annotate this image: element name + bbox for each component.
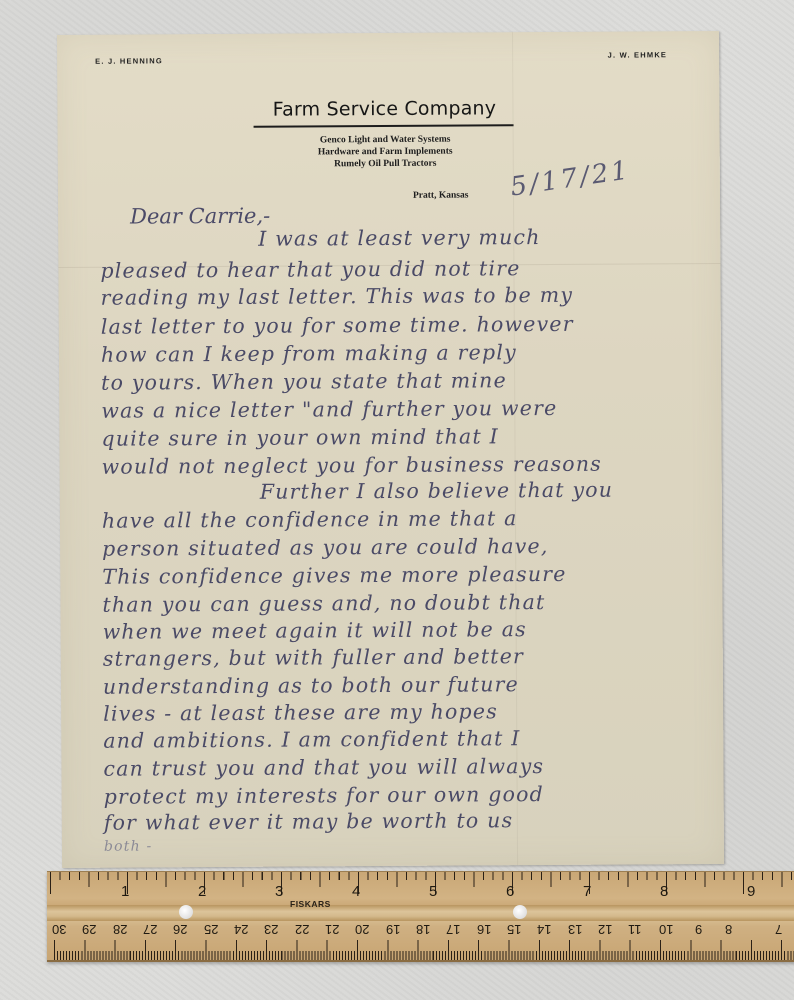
cm-label: 18 bbox=[416, 922, 430, 937]
cm-label: 26 bbox=[173, 922, 187, 937]
ruler-groove bbox=[47, 905, 794, 921]
letter-line: This confidence gives me more pleasure bbox=[102, 562, 566, 589]
ruler-brand: FISKARS bbox=[290, 899, 331, 909]
letter-line: for what ever it may be worth to us bbox=[104, 808, 514, 835]
cm-label: 13 bbox=[568, 922, 582, 937]
inch-label: 5 bbox=[429, 883, 437, 900]
inch-ticks bbox=[47, 872, 794, 894]
cm-label: 30 bbox=[52, 922, 66, 937]
inch-label: 7 bbox=[583, 883, 591, 900]
inch-label: 2 bbox=[198, 883, 206, 900]
cm-label: 20 bbox=[355, 922, 369, 937]
company-underline bbox=[254, 124, 514, 128]
cm-label: 9 bbox=[695, 922, 702, 937]
letter-line: strangers, but with fuller and better bbox=[103, 644, 524, 671]
cm-label: 25 bbox=[204, 922, 218, 937]
cm-label: 24 bbox=[234, 922, 248, 937]
letter-line: to yours. When you state that mine bbox=[101, 368, 507, 394]
cm-label: 19 bbox=[386, 922, 400, 937]
cm-label: 17 bbox=[446, 922, 460, 937]
letter-line: pleased to hear that you did not tire bbox=[100, 256, 520, 283]
inch-label: 8 bbox=[660, 883, 668, 900]
cm-label: 10 bbox=[659, 922, 673, 937]
tagline-3: Rumely Oil Pull Tractors bbox=[258, 157, 513, 171]
letter-line: and ambitions. I am confident that I bbox=[103, 726, 520, 753]
cm-label: 16 bbox=[477, 922, 491, 937]
cm-label: 7 bbox=[775, 922, 782, 937]
partner-name-left: E. J. HENNING bbox=[95, 56, 163, 65]
letter-line: lives - at least these are my hopes bbox=[103, 699, 498, 725]
inch-label: 6 bbox=[506, 883, 514, 900]
letter-sheet: E. J. HENNING J. W. EHMKE Farm Service C… bbox=[57, 31, 724, 868]
partner-name-right: J. W. EHMKE bbox=[608, 50, 668, 59]
letter-line: how can I keep from making a reply bbox=[101, 340, 517, 367]
cm-label: 12 bbox=[598, 922, 612, 937]
letter-line: I was at least very much bbox=[258, 225, 540, 251]
inch-label: 9 bbox=[747, 883, 755, 900]
cm-ticks bbox=[47, 940, 794, 960]
letter-line: last letter to you for some time. howeve… bbox=[101, 312, 574, 339]
inch-label: 4 bbox=[352, 883, 360, 900]
company-name: Farm Service Company bbox=[255, 97, 513, 121]
cm-label: 21 bbox=[325, 922, 339, 937]
letter-line: Further I also believe that you bbox=[260, 478, 613, 504]
cm-label: 22 bbox=[295, 922, 309, 937]
letter-line: can trust you and that you will always bbox=[103, 754, 544, 781]
ruler-hole bbox=[179, 905, 193, 919]
ruler: 1 2 3 4 5 6 7 8 9 FISKARS 30 29 28 27 26… bbox=[47, 871, 794, 962]
inch-label: 3 bbox=[275, 883, 283, 900]
cm-label: 15 bbox=[507, 922, 521, 937]
letter-line: than you can guess and, no doubt that bbox=[102, 590, 545, 617]
letter-line: would not neglect you for business reaso… bbox=[102, 452, 602, 479]
letter-line: understanding as to both our future bbox=[103, 672, 519, 699]
cm-label: 27 bbox=[143, 922, 157, 937]
letter-line: person situated as you are could have, bbox=[102, 534, 549, 561]
ruler-hole bbox=[513, 905, 527, 919]
cm-label: 8 bbox=[725, 922, 732, 937]
cm-label: 29 bbox=[82, 922, 96, 937]
letter-line: reading my last letter. This was to be m… bbox=[101, 283, 574, 310]
salutation: Dear Carrie,- bbox=[130, 204, 270, 229]
letter-date: 5/17/21 bbox=[508, 155, 632, 202]
letter-line: have all the confidence in me that a bbox=[102, 506, 518, 533]
cm-label: 28 bbox=[113, 922, 127, 937]
faint-bleedthrough-text: both - bbox=[104, 838, 153, 854]
cm-label: 14 bbox=[537, 922, 551, 937]
letter-line: when we meet again it will not be as bbox=[103, 617, 527, 644]
letter-line: protect my interests for our own good bbox=[104, 782, 544, 809]
inch-label: 1 bbox=[121, 883, 129, 900]
cm-label: 11 bbox=[628, 922, 642, 937]
letterhead-location: Pratt, Kansas bbox=[413, 190, 468, 200]
cm-label: 23 bbox=[264, 922, 278, 937]
letter-line: was a nice letter "and further you were bbox=[101, 396, 557, 423]
letter-line: quite sure in your own mind that I bbox=[101, 424, 499, 450]
